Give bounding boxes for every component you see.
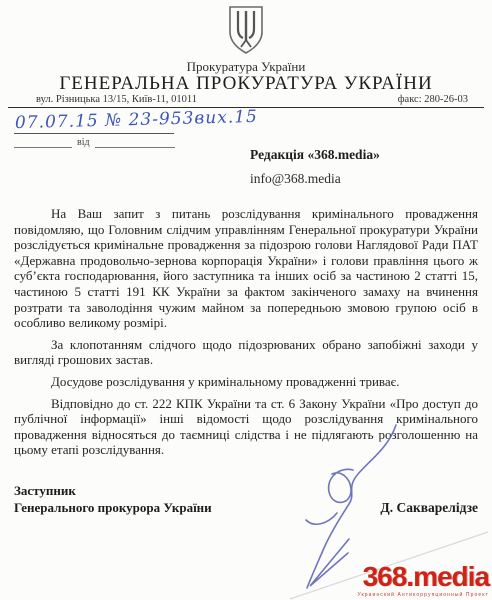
org-fax: факс: 280-26-03 xyxy=(398,94,468,105)
recipient-email: info@368.media xyxy=(250,171,380,187)
handwritten-reference-number: 07.07.15 № 23-953вих.15 xyxy=(15,107,258,133)
reference-from-row: від xyxy=(14,137,175,148)
scanned-letter-page: Прокуратура України ГЕНЕРАЛЬНА ПРОКУРАТУ… xyxy=(0,0,492,600)
org-name-large: ГЕНЕРАЛЬНА ПРОКУРАТУРА УКРАЇНИ xyxy=(0,73,492,95)
from-label: від xyxy=(77,137,90,148)
recipient-name: Редакція «368.media» xyxy=(250,147,380,163)
signature-block: Заступник Генерального прокурора України… xyxy=(14,483,478,516)
letterhead-address-row: вул. Різницька 13/15, Київ-11, 01011 фак… xyxy=(36,94,468,105)
body-paragraph: Відповідно до ст. 222 КПК України та ст.… xyxy=(14,396,478,458)
signer-position-line2: Генерального прокурора України xyxy=(14,500,212,517)
body-paragraph: За клопотанням слідчого щодо підозрювани… xyxy=(14,337,478,368)
watermark-368media: 368.media Украинский Антикоррупционный П… xyxy=(357,563,489,598)
blank-line xyxy=(14,137,72,148)
368media-tagline: Украинский Антикоррупционный Проект xyxy=(357,592,489,598)
signer-name: Д. Сакварелідзе xyxy=(380,500,478,516)
reference-number-line xyxy=(14,133,174,134)
signer-position-line1: Заступник xyxy=(14,483,212,500)
body-paragraph: Досудове розслідування у кримінальному п… xyxy=(14,374,478,390)
recipient-block: Редакція «368.media» info@368.media xyxy=(250,147,380,187)
blank-line xyxy=(95,137,175,148)
trident-emblem-icon xyxy=(227,5,265,60)
signer-position: Заступник Генерального прокурора України xyxy=(14,483,212,516)
org-address: вул. Різницька 13/15, Київ-11, 01011 xyxy=(36,94,197,105)
368media-logo: 368.media xyxy=(357,563,489,591)
letter-body: На Ваш запит з питань розслідування крим… xyxy=(14,206,478,464)
body-paragraph: На Ваш запит з питань розслідування крим… xyxy=(14,206,478,331)
